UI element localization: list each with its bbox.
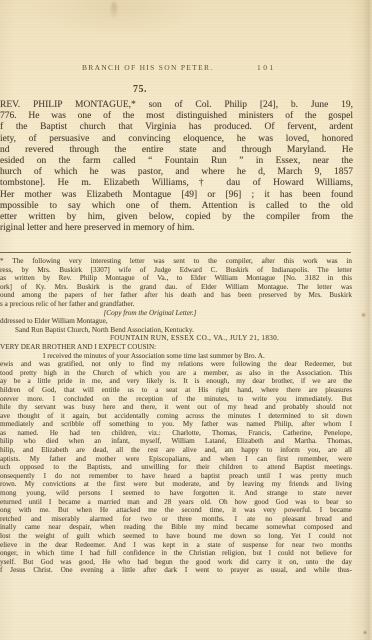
text-line: * The following very interesting letter …	[0, 257, 352, 266]
text-line: nd revered through the entire state and …	[0, 145, 353, 156]
main-paragraph: REV. PHILIP MONTAGUE,* son of Col. Phili…	[0, 100, 353, 234]
text-line: f the Baptist church that Virginia has p…	[0, 122, 353, 133]
paper-smudge	[111, 2, 117, 19]
text-line: iety, of persuasive and convincing eloqu…	[0, 134, 353, 145]
text-line: hilip who died when an infant, myself, W…	[0, 437, 352, 446]
text-line: ound among the papers of her father afte…	[0, 291, 352, 300]
text-line: mong young, wild persons I seemed to hav…	[0, 489, 352, 498]
text-line: aptists. My father and mother were Episc…	[0, 455, 352, 464]
text-line: I received the minutes of your Associati…	[0, 352, 352, 361]
text-line: etter written by him, given below, copie…	[0, 212, 353, 223]
text-line: riginal letter and here preserved in mem…	[0, 223, 353, 234]
text-line: ay be a little pride in me, and very lik…	[0, 377, 352, 386]
scanned-book-page: BRANCH OF HIS SON PETER. 101 75. REV. PH…	[0, 0, 372, 640]
text-line: tombstone]. He m. Elizabeth Williams,† d…	[0, 178, 353, 189]
running-head: BRANCH OF HIS SON PETER. 101	[0, 63, 372, 73]
text-line: ong with me. But when He attacked me the…	[0, 506, 352, 515]
section-number: 75.	[133, 84, 147, 95]
text-line: rown. My convictions at the first were b…	[0, 480, 352, 489]
text-line: inally came near despair, when reading t…	[0, 523, 352, 532]
page-number: 101	[257, 63, 276, 72]
text-line: as written by Rev. Philip Montague of Va…	[0, 274, 352, 283]
text-line: ddressed to Elder William Montague,	[0, 317, 352, 326]
text-line: VERY DEAR BROTHER AND I EXPECT COUSIN:	[0, 343, 352, 352]
text-line: s a precious relic of her father and gra…	[0, 300, 352, 309]
text-line: eturned until I became a married man and…	[0, 498, 352, 507]
text-line: hilip, and Elizabeth are dead, all the r…	[0, 446, 352, 455]
footnote-letter-block: * The following very interesting letter …	[0, 257, 352, 575]
text-line: 776. He was one of the most distinguishe…	[0, 111, 353, 122]
text-line: hurch of which he was pastor, and where …	[0, 167, 353, 178]
text-line: ave thought of it again, but accidentall…	[0, 412, 352, 421]
text-line: [Copy from the Original Letter.]	[0, 309, 352, 318]
text-line: ress, by Mrs. Buskirk [3307] wife of Jud…	[0, 266, 352, 275]
text-line: mmediately and scribble off something to…	[0, 420, 352, 429]
text-line: uch opposed to the Baptists, and unwilli…	[0, 463, 352, 472]
text-line: f Jesus Christ. One evening a little aft…	[0, 566, 352, 575]
text-line: lost the weight of guilt which seemed to…	[0, 532, 352, 541]
text-line: mpossible to say which one of them. Atte…	[0, 201, 353, 212]
text-line: Her mother was Elizabeth Montague [49] o…	[0, 190, 353, 201]
text-line: elieve in the dear Redeemer. And I was k…	[0, 541, 352, 550]
text-line: ewis and was gratified, not only to find…	[0, 360, 352, 369]
running-head-title: BRANCH OF HIS SON PETER.	[82, 63, 213, 72]
text-line: hile thy servant was busy here and there…	[0, 403, 352, 412]
text-line: REV. PHILIP MONTAGUE,* son of Col. Phili…	[0, 100, 353, 111]
paper-speck	[363, 630, 367, 635]
text-line: orever more. I concluded on the receptio…	[0, 395, 352, 404]
paper-speck	[361, 312, 366, 318]
text-line: onger, in which time I had full confiden…	[0, 549, 352, 558]
text-line: esided on the farm called “ Fountain Run…	[0, 156, 353, 167]
text-line: hildren of God, that will entitle us to …	[0, 386, 352, 395]
footnote-divider	[0, 252, 351, 253]
text-line: FOUNTAIN RUN, ESSEX CO., VA., JULY 21, 1…	[0, 334, 352, 343]
